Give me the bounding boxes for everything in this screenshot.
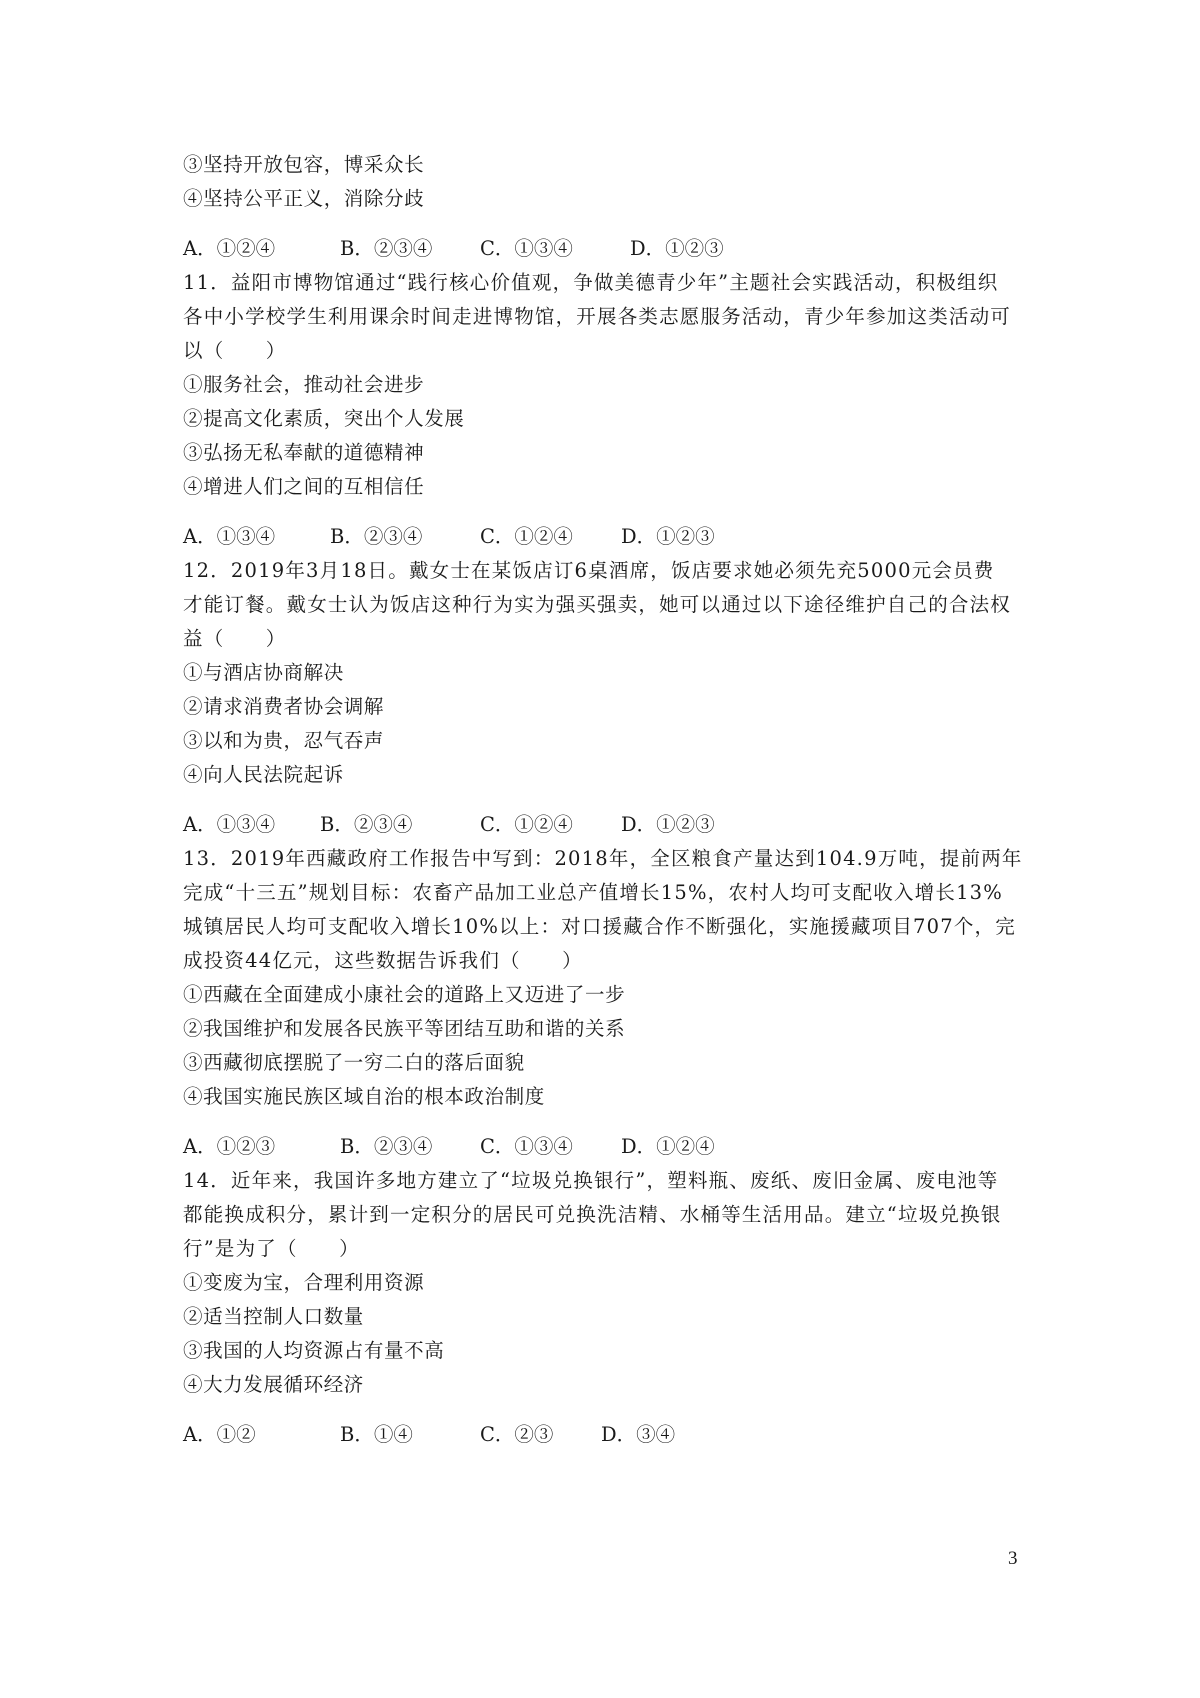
answer-options: A．①③④ B．②③④ C．①②④ D．①②③ xyxy=(183,808,1023,842)
question-stem: 各中小学校学生利用课余时间走进博物馆，开展各类志愿服务活动，青少年参加这类活动可 xyxy=(183,300,1023,334)
question-stem: 益（ ） xyxy=(183,622,1023,656)
answer-options: A．①②③ B．②③④ C．①③④ D．①②④ xyxy=(183,1130,1023,1164)
statement: ④坚持公平正义，消除分歧 xyxy=(183,182,1023,216)
statement: ②请求消费者协会调解 xyxy=(183,690,1023,724)
question-stem: 14．近年来，我国许多地方建立了“垃圾兑换银行”，塑料瓶、废纸、废旧金属、废电池… xyxy=(183,1164,1023,1198)
question-stem: 都能换成积分，累计到一定积分的居民可兑换洗洁精、水桶等生活用品。建立“垃圾兑换银 xyxy=(183,1198,1023,1232)
option-c: C．①②④ xyxy=(480,520,573,554)
question-11: 11．益阳市博物馆通过“践行核心价值观，争做美德青少年”主题社会实践活动，积极组… xyxy=(183,266,1023,554)
statement: ③以和为贵，忍气吞声 xyxy=(183,724,1023,758)
statement: ③弘扬无私奉献的道德精神 xyxy=(183,436,1023,470)
option-d: D．①②③ xyxy=(621,520,715,554)
statement: ①变废为宝，合理利用资源 xyxy=(183,1266,1023,1300)
answer-options: A．①②④ B．②③④ C．①③④ D．①②③ xyxy=(183,232,1023,266)
page-number: 3 xyxy=(1008,1548,1018,1570)
question-stem: 行”是为了（ ） xyxy=(183,1232,1023,1266)
option-a: A．①③④ xyxy=(183,808,275,842)
question-stem: 才能订餐。戴女士认为饭店这种行为实为强买强卖，她可以通过以下途径维护自己的合法权 xyxy=(183,588,1023,622)
option-a: A．①②③ xyxy=(183,1130,275,1164)
statement: ④增进人们之间的互相信任 xyxy=(183,470,1023,504)
option-d: D．③④ xyxy=(601,1418,675,1452)
option-a: A．①③④ xyxy=(183,520,275,554)
option-d: D．①②③ xyxy=(630,232,724,266)
question-10-tail: ③坚持开放包容，博采众长 ④坚持公平正义，消除分歧 A．①②④ B．②③④ C．… xyxy=(183,148,1023,266)
question-stem: 12．2019年3月18日。戴女士在某饭店订6桌酒席，饭店要求她必须先充5000… xyxy=(183,554,1023,588)
question-stem: 成投资44亿元，这些数据告诉我们（ ） xyxy=(183,944,1023,978)
statement: ④我国实施民族区域自治的根本政治制度 xyxy=(183,1080,1023,1114)
option-a: A．①② xyxy=(183,1418,256,1452)
option-a: A．①②④ xyxy=(183,232,275,266)
option-b: B．②③④ xyxy=(320,808,412,842)
statement: ④向人民法院起诉 xyxy=(183,758,1023,792)
answer-options: A．①③④ B．②③④ C．①②④ D．①②③ xyxy=(183,520,1023,554)
option-c: C．①③④ xyxy=(480,232,573,266)
option-b: B．②③④ xyxy=(340,1130,432,1164)
option-c: C．①②④ xyxy=(480,808,573,842)
question-13: 13．2019年西藏政府工作报告中写到：2018年，全区粮食产量达到104.9万… xyxy=(183,842,1023,1164)
statement: ①与酒店协商解决 xyxy=(183,656,1023,690)
statement: ①西藏在全面建成小康社会的道路上又迈进了一步 xyxy=(183,978,1023,1012)
option-b: B．②③④ xyxy=(340,232,432,266)
statement: ③坚持开放包容，博采众长 xyxy=(183,148,1023,182)
question-stem: 完成“十三五”规划目标：农畜产品加工业总产值增长15%，农村人均可支配收入增长1… xyxy=(183,876,1023,910)
question-12: 12．2019年3月18日。戴女士在某饭店订6桌酒席，饭店要求她必须先充5000… xyxy=(183,554,1023,842)
question-14: 14．近年来，我国许多地方建立了“垃圾兑换银行”，塑料瓶、废纸、废旧金属、废电池… xyxy=(183,1164,1023,1452)
statement: ②适当控制人口数量 xyxy=(183,1300,1023,1334)
answer-options: A．①② B．①④ C．②③ D．③④ xyxy=(183,1418,1023,1452)
question-stem: 城镇居民人均可支配收入增长10%以上：对口援藏合作不断强化，实施援藏项目707个… xyxy=(183,910,1023,944)
option-d: D．①②④ xyxy=(621,1130,715,1164)
statement: ②提高文化素质，突出个人发展 xyxy=(183,402,1023,436)
option-b: B．①④ xyxy=(340,1418,413,1452)
option-c: C．②③ xyxy=(480,1418,553,1452)
question-stem: 以（ ） xyxy=(183,334,1023,368)
page-content: ③坚持开放包容，博采众长 ④坚持公平正义，消除分歧 A．①②④ B．②③④ C．… xyxy=(183,148,1023,1452)
option-d: D．①②③ xyxy=(621,808,715,842)
statement: ①服务社会，推动社会进步 xyxy=(183,368,1023,402)
option-c: C．①③④ xyxy=(480,1130,573,1164)
statement: ③我国的人均资源占有量不高 xyxy=(183,1334,1023,1368)
exam-page: ③坚持开放包容，博采众长 ④坚持公平正义，消除分歧 A．①②④ B．②③④ C．… xyxy=(0,0,1200,1698)
statement: ②我国维护和发展各民族平等团结互助和谐的关系 xyxy=(183,1012,1023,1046)
statement: ③西藏彻底摆脱了一穷二白的落后面貌 xyxy=(183,1046,1023,1080)
question-stem: 13．2019年西藏政府工作报告中写到：2018年，全区粮食产量达到104.9万… xyxy=(183,842,1023,876)
statement: ④大力发展循环经济 xyxy=(183,1368,1023,1402)
question-stem: 11．益阳市博物馆通过“践行核心价值观，争做美德青少年”主题社会实践活动，积极组… xyxy=(183,266,1023,300)
option-b: B．②③④ xyxy=(330,520,422,554)
